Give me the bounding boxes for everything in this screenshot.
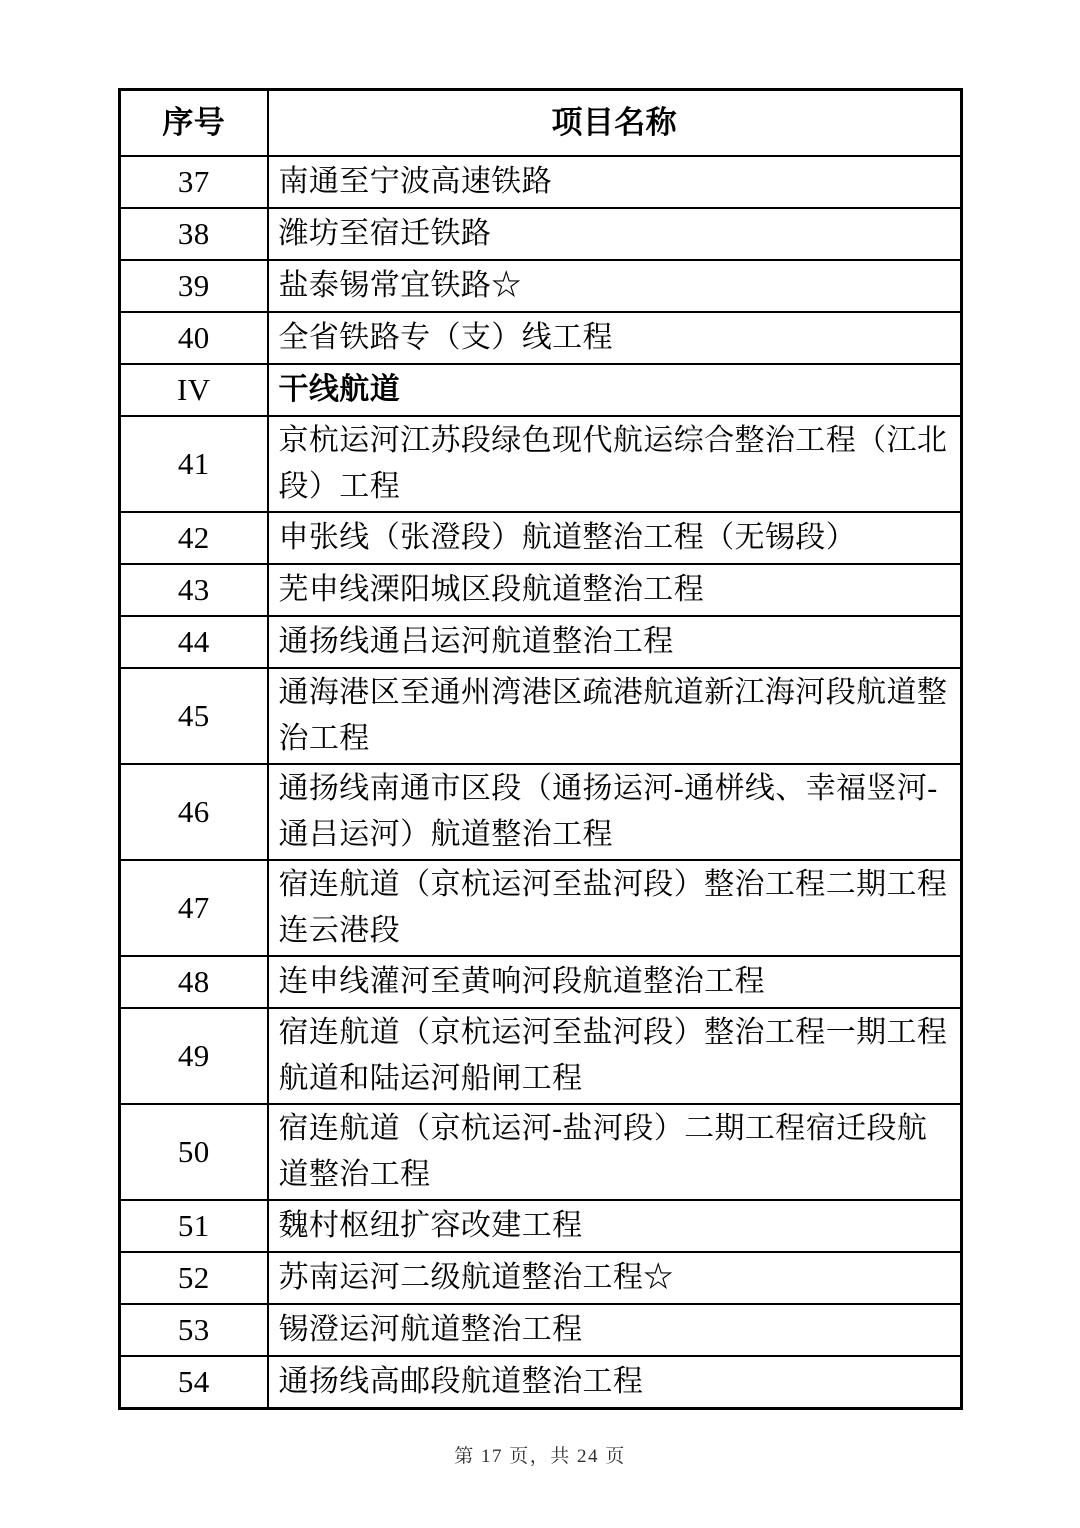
row-index: 47	[120, 860, 268, 956]
table-row: 45通海港区至通州湾港区疏港航道新江海河段航道整治工程	[120, 668, 962, 764]
column-header-name: 项目名称	[268, 90, 962, 157]
project-name: 宿连航道（京杭运河-盐河段）二期工程宿迁段航道整治工程	[268, 1104, 962, 1200]
column-header-index: 序号	[120, 90, 268, 157]
project-name: 全省铁路专（支）线工程	[268, 312, 962, 364]
project-name: 芜申线溧阳城区段航道整治工程	[268, 564, 962, 616]
table-row: 44通扬线通吕运河航道整治工程	[120, 616, 962, 668]
row-index: 48	[120, 956, 268, 1008]
row-index: 53	[120, 1304, 268, 1356]
row-index: 39	[120, 260, 268, 312]
page-number-footer: 第 17 页，共 24 页	[0, 1441, 1080, 1468]
row-index: 37	[120, 156, 268, 208]
project-name: 锡澄运河航道整治工程	[268, 1304, 962, 1356]
row-index: 40	[120, 312, 268, 364]
table-row: 53锡澄运河航道整治工程	[120, 1304, 962, 1356]
row-index: 52	[120, 1252, 268, 1304]
project-name: 连申线灌河至黄响河段航道整治工程	[268, 956, 962, 1008]
project-name: 申张线（张澄段）航道整治工程（无锡段）	[268, 512, 962, 564]
row-index: 44	[120, 616, 268, 668]
table-row: 51魏村枢纽扩容改建工程	[120, 1200, 962, 1252]
project-name: 通扬线通吕运河航道整治工程	[268, 616, 962, 668]
table-row: 49宿连航道（京杭运河至盐河段）整治工程一期工程航道和陆运河船闸工程	[120, 1008, 962, 1104]
table-row: 48连申线灌河至黄响河段航道整治工程	[120, 956, 962, 1008]
row-index: 46	[120, 764, 268, 860]
table-row: 38潍坊至宿迁铁路	[120, 208, 962, 260]
row-index: 54	[120, 1356, 268, 1409]
project-name: 魏村枢纽扩容改建工程	[268, 1200, 962, 1252]
table-row: 52苏南运河二级航道整治工程☆	[120, 1252, 962, 1304]
table-row: 42申张线（张澄段）航道整治工程（无锡段）	[120, 512, 962, 564]
table-row: 37南通至宁波高速铁路	[120, 156, 962, 208]
row-index: 50	[120, 1104, 268, 1200]
row-index: IV	[120, 364, 268, 416]
row-index: 49	[120, 1008, 268, 1104]
table-row: 50宿连航道（京杭运河-盐河段）二期工程宿迁段航道整治工程	[120, 1104, 962, 1200]
row-index: 42	[120, 512, 268, 564]
project-name: 宿连航道（京杭运河至盐河段）整治工程二期工程连云港段	[268, 860, 962, 956]
table-row: 41京杭运河江苏段绿色现代航运综合整治工程（江北段）工程	[120, 416, 962, 512]
table-row: 43芜申线溧阳城区段航道整治工程	[120, 564, 962, 616]
table-row: 40全省铁路专（支）线工程	[120, 312, 962, 364]
project-name: 潍坊至宿迁铁路	[268, 208, 962, 260]
document-page: 序号 项目名称 37南通至宁波高速铁路38潍坊至宿迁铁路39盐泰锡常宜铁路☆40…	[0, 0, 1080, 1528]
table-row: IV干线航道	[120, 364, 962, 416]
project-name: 盐泰锡常宜铁路☆	[268, 260, 962, 312]
project-name: 南通至宁波高速铁路	[268, 156, 962, 208]
project-name: 宿连航道（京杭运河至盐河段）整治工程一期工程航道和陆运河船闸工程	[268, 1008, 962, 1104]
table-row: 39盐泰锡常宜铁路☆	[120, 260, 962, 312]
table-row: 47宿连航道（京杭运河至盐河段）整治工程二期工程连云港段	[120, 860, 962, 956]
row-index: 43	[120, 564, 268, 616]
row-index: 45	[120, 668, 268, 764]
project-name: 通扬线高邮段航道整治工程	[268, 1356, 962, 1409]
project-name: 苏南运河二级航道整治工程☆	[268, 1252, 962, 1304]
project-table: 序号 项目名称 37南通至宁波高速铁路38潍坊至宿迁铁路39盐泰锡常宜铁路☆40…	[118, 88, 963, 1410]
table-body: 37南通至宁波高速铁路38潍坊至宿迁铁路39盐泰锡常宜铁路☆40全省铁路专（支）…	[120, 156, 962, 1409]
row-index: 41	[120, 416, 268, 512]
project-name: 通扬线南通市区段（通扬运河-通栟线、幸福竖河-通吕运河）航道整治工程	[268, 764, 962, 860]
table-row: 46通扬线南通市区段（通扬运河-通栟线、幸福竖河-通吕运河）航道整治工程	[120, 764, 962, 860]
row-index: 51	[120, 1200, 268, 1252]
row-index: 38	[120, 208, 268, 260]
table-row: 54通扬线高邮段航道整治工程	[120, 1356, 962, 1409]
project-name: 京杭运河江苏段绿色现代航运综合整治工程（江北段）工程	[268, 416, 962, 512]
project-name: 干线航道	[268, 364, 962, 416]
project-name: 通海港区至通州湾港区疏港航道新江海河段航道整治工程	[268, 668, 962, 764]
table-header-row: 序号 项目名称	[120, 90, 962, 157]
